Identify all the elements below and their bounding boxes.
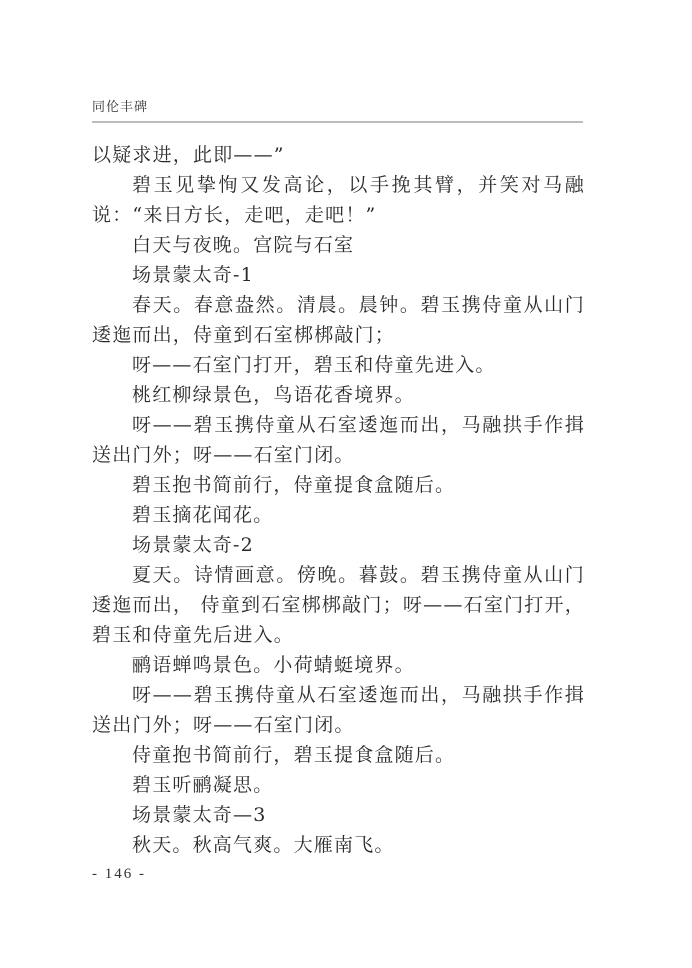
paragraph: 秋天。秋高气爽。大雁南飞。 <box>92 830 585 860</box>
page-body: 以疑求进，此即——” 碧玉见挚恂又发高论，以手挽其臂，并笑对马融说：“来日方长，… <box>92 140 585 860</box>
paragraph: 侍童抱书简前行，碧玉提食盒随后。 <box>92 740 585 770</box>
paragraph: 春天。春意盎然。清晨。晨钟。碧玉携侍童从山门逶迤而出，侍童到石室梆梆敲门； <box>92 290 585 350</box>
paragraph: 桃红柳绿景色，鸟语花香境界。 <box>92 380 585 410</box>
scene-heading: 场景蒙太奇—3 <box>92 800 585 830</box>
scene-heading: 场景蒙太奇-2 <box>92 530 585 560</box>
paragraph: 碧玉听鹂凝思。 <box>92 770 585 800</box>
paragraph: 以疑求进，此即——” <box>92 140 585 170</box>
paragraph: 白天与夜晚。宫院与石室 <box>92 230 585 260</box>
paragraph: 碧玉摘花闻花。 <box>92 500 585 530</box>
scene-heading: 场景蒙太奇-1 <box>92 260 585 290</box>
page-number: - 146 - <box>92 864 146 884</box>
running-header-title: 同伦丰碑 <box>92 99 583 117</box>
paragraph: 夏天。诗情画意。傍晚。暮鼓。碧玉携侍童从山门逶迤而出， 侍童到石室梆梆敲门；呀—… <box>92 560 585 650</box>
paragraph: 呀——石室门打开，碧玉和侍童先进入。 <box>92 350 585 380</box>
paragraph: 呀——碧玉携侍童从石室逶迤而出，马融拱手作揖送出门外；呀——石室门闭。 <box>92 410 585 470</box>
header-divider <box>92 121 583 123</box>
paragraph: 碧玉抱书简前行，侍童提食盒随后。 <box>92 470 585 500</box>
paragraph: 呀——碧玉携侍童从石室逶迤而出，马融拱手作揖送出门外；呀——石室门闭。 <box>92 680 585 740</box>
paragraph: 碧玉见挚恂又发高论，以手挽其臂，并笑对马融说：“来日方长，走吧，走吧！” <box>92 170 585 230</box>
paragraph: 鹂语蝉鸣景色。小荷蜻蜓境界。 <box>92 650 585 680</box>
